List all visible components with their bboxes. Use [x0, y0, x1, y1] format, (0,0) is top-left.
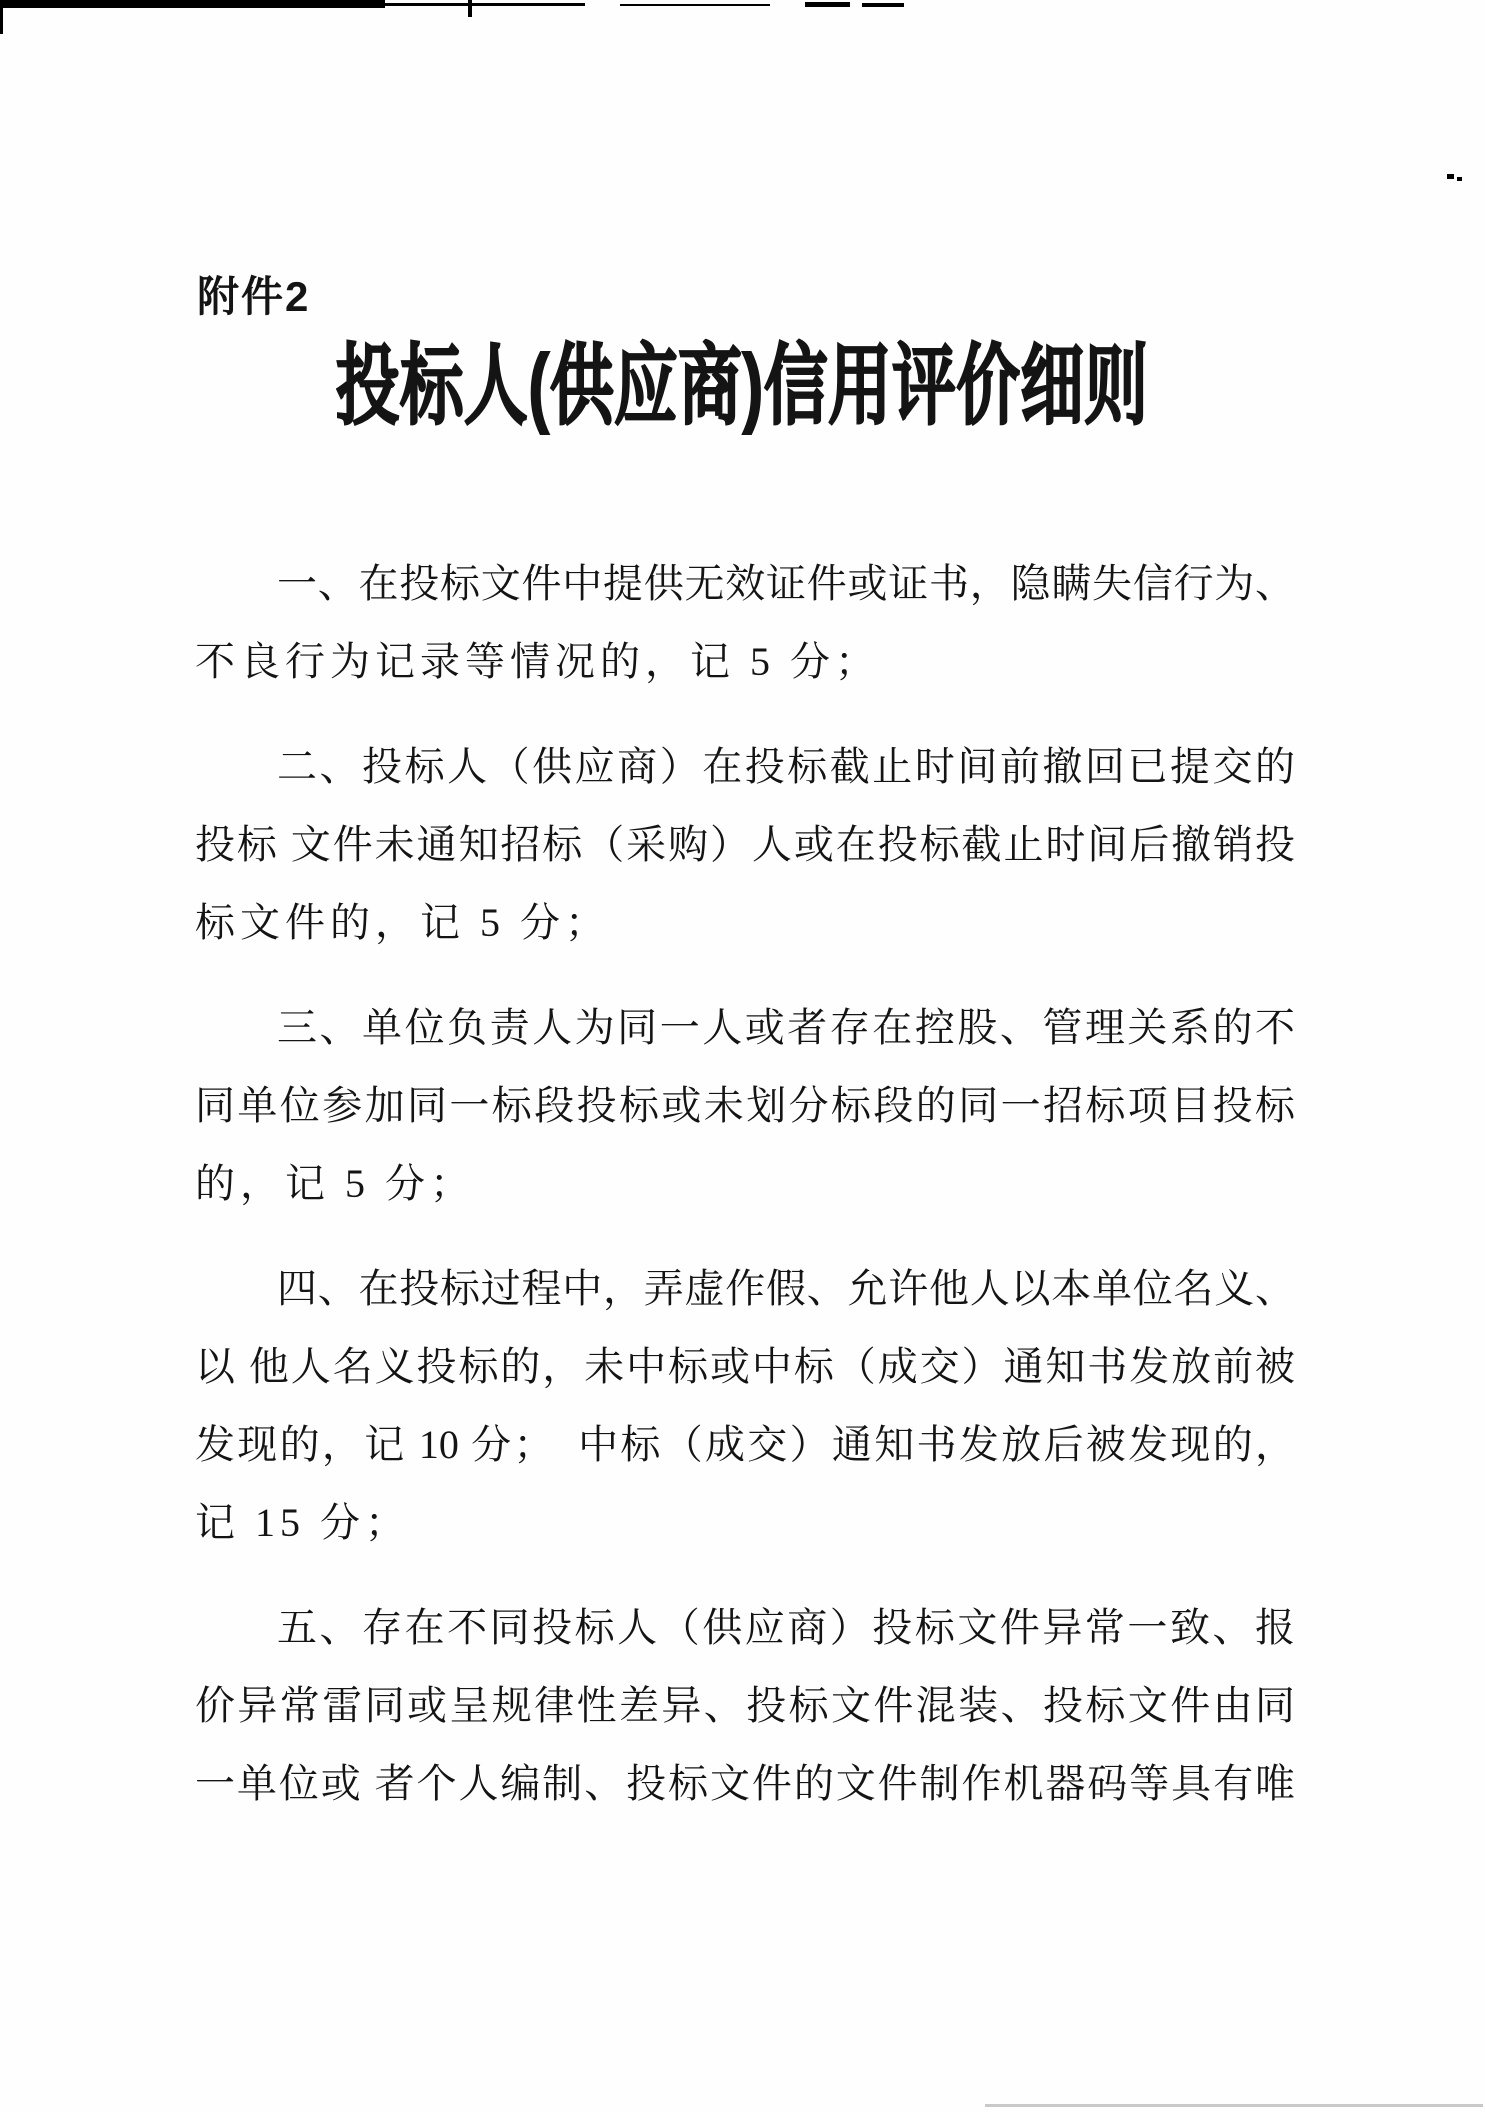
document-line: 价异常雷同或呈规律性差异、投标文件混装、投标文件由同 [195, 1667, 1295, 1745]
document-title-text: 投标人(供应商)信用评价细则 [336, 342, 1149, 430]
document-line: 四、在投标过程中，弄虚作假、允许他人以本单位名义、 [195, 1250, 1295, 1328]
scan-artifact-tick [468, 0, 472, 17]
scan-artifact-dots [1447, 174, 1454, 179]
scan-artifact-top-dash [805, 2, 850, 7]
paragraph: 三、单位负责人为同一人或者存在控股、管理关系的不同单位参加同一标段投标或未划分标… [195, 989, 1295, 1223]
paragraph: 四、在投标过程中，弄虚作假、允许他人以本单位名义、以 他人名义投标的，未中标或中… [195, 1250, 1295, 1562]
document-body: 一、在投标文件中提供无效证件或证书，隐瞒失信行为、不良行为记录等情况的，记 5 … [195, 545, 1295, 1850]
document-line: 不良行为记录等情况的，记 5 分； [195, 623, 1295, 701]
document-line: 的，记 5 分； [195, 1145, 1295, 1223]
document-line: 以 他人名义投标的，未中标或中标（成交）通知书发放前被 [195, 1328, 1295, 1406]
scan-artifact-top-line [385, 3, 585, 6]
scan-artifact-left-edge [0, 0, 3, 34]
document-line: 发现的，记 10 分； 中标（成交）通知书发放后被发现的， [195, 1406, 1295, 1484]
scan-artifact-top-line [620, 4, 770, 6]
document-line: 三、单位负责人为同一人或者存在控股、管理关系的不 [195, 989, 1295, 1067]
document-line: 同单位参加同一标段投标或未划分标段的同一招标项目投标 [195, 1067, 1295, 1145]
paragraph: 五、存在不同投标人（供应商）投标文件异常一致、报价异常雷同或呈规律性差异、投标文… [195, 1589, 1295, 1823]
document-line: 一、在投标文件中提供无效证件或证书，隐瞒失信行为、 [195, 545, 1295, 623]
document-title: 投标人(供应商)信用评价细则 [0, 342, 1485, 430]
paragraph: 二、投标人（供应商）在投标截止时间前撤回已提交的投标 文件未通知招标（采购）人或… [195, 728, 1295, 962]
document-line: 投标 文件未通知招标（采购）人或在投标截止时间后撤销投 [195, 806, 1295, 884]
document-line: 一单位或 者个人编制、投标文件的文件制作机器码等具有唯 [195, 1745, 1295, 1823]
paragraph: 一、在投标文件中提供无效证件或证书，隐瞒失信行为、不良行为记录等情况的，记 5 … [195, 545, 1295, 701]
document-line: 标文件的，记 5 分； [195, 884, 1295, 962]
document-page: 附件2 投标人(供应商)信用评价细则 一、在投标文件中提供无效证件或证书，隐瞒失… [0, 0, 1485, 2112]
scan-artifact-top-band [0, 0, 385, 8]
scan-artifact-top-dash [862, 3, 904, 7]
document-line: 五、存在不同投标人（供应商）投标文件异常一致、报 [195, 1589, 1295, 1667]
attachment-label: 附件2 [197, 276, 310, 318]
document-line: 记 15 分； [195, 1484, 1295, 1562]
scan-artifact-dots [1457, 177, 1462, 181]
document-line: 二、投标人（供应商）在投标截止时间前撤回已提交的 [195, 728, 1295, 806]
scan-artifact-bottom-line [985, 2104, 1483, 2107]
